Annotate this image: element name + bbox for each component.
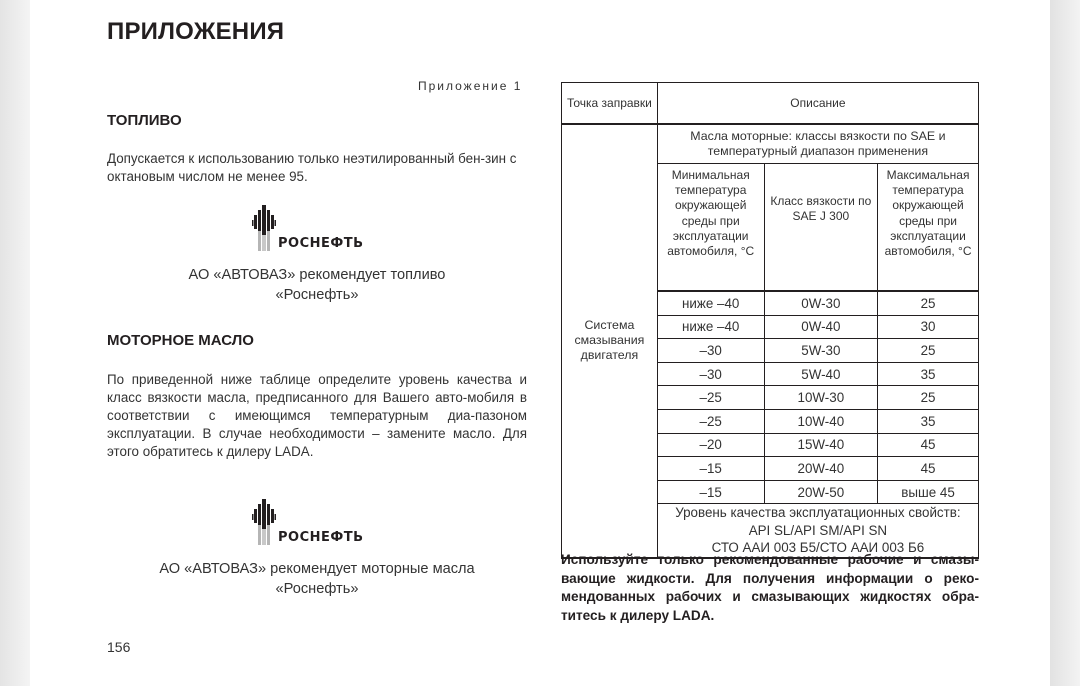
cell-min: –30 bbox=[657, 362, 764, 386]
cell-max: 25 bbox=[878, 291, 979, 315]
cell-max: 35 bbox=[878, 362, 979, 386]
rosneft-emblem-icon bbox=[252, 205, 276, 251]
cell-cls: 10W-40 bbox=[764, 409, 877, 433]
fuel-heading: ТОПЛИВО bbox=[107, 112, 182, 129]
table-header-row: Точка заправки Описание bbox=[562, 83, 979, 125]
cell-cls: 15W-40 bbox=[764, 433, 877, 457]
fuel-recommendation: АО «АВТОВАЗ» рекомендует топливо «Роснеф… bbox=[107, 265, 527, 305]
cell-max: 25 bbox=[878, 339, 979, 363]
system-cell: Система смазывания двигателя bbox=[562, 124, 658, 558]
fuel-text: Допускается к использованию только неэти… bbox=[107, 150, 527, 186]
cell-max: 45 bbox=[878, 457, 979, 481]
col-min-temp: Минимальная температура окружающей среды… bbox=[657, 164, 764, 292]
fluids-note: Используйте только рекомендованные рабоч… bbox=[561, 551, 979, 625]
oil-spec-table: Точка заправки Описание Система смазыван… bbox=[561, 82, 979, 559]
oil-recommendation: АО «АВТОВАЗ» рекомендует моторные масла … bbox=[107, 559, 527, 599]
fuel-recommendation-line2: «Роснефть» bbox=[107, 285, 527, 305]
page-number: 156 bbox=[107, 639, 130, 655]
appendix-label: Приложение 1 bbox=[418, 79, 522, 93]
oil-recommendation-line2: «Роснефть» bbox=[107, 579, 527, 599]
col-max-temp: Максимальная температура окружающей сред… bbox=[878, 164, 979, 292]
cell-cls: 0W-40 bbox=[764, 315, 877, 339]
header-point: Точка заправки bbox=[562, 83, 658, 125]
quality-quality-line1: Уровень качества эксплуатационных свойст… bbox=[660, 504, 976, 522]
cell-cls: 10W-30 bbox=[764, 386, 877, 410]
cell-max: 30 bbox=[878, 315, 979, 339]
fuel-recommendation-line1: АО «АВТОВАЗ» рекомендует топливо bbox=[107, 265, 527, 285]
cell-cls: 0W-30 bbox=[764, 291, 877, 315]
quality-quality-line2: API SL/API SM/API SN bbox=[660, 522, 976, 540]
oil-text: По приведенной ниже таблице определите у… bbox=[107, 371, 527, 461]
cell-min: ниже –40 bbox=[657, 291, 764, 315]
cell-min: ниже –40 bbox=[657, 315, 764, 339]
cell-cls: 20W-50 bbox=[764, 480, 877, 504]
oil-heading: МОТОРНОЕ МАСЛО bbox=[107, 332, 254, 349]
header-description: Описание bbox=[657, 83, 978, 125]
page-title: ПРИЛОЖЕНИЯ bbox=[107, 18, 284, 46]
cell-min: –20 bbox=[657, 433, 764, 457]
cell-max: 25 bbox=[878, 386, 979, 410]
cell-cls: 5W-30 bbox=[764, 339, 877, 363]
col-viscosity-class: Класс вязкости по SAE J 300 bbox=[764, 164, 877, 292]
cell-min: –25 bbox=[657, 409, 764, 433]
cell-max: выше 45 bbox=[878, 480, 979, 504]
subheader: Масла моторные: классы вязкости по SAE и… bbox=[657, 124, 978, 164]
cell-max: 45 bbox=[878, 433, 979, 457]
cell-cls: 20W-40 bbox=[764, 457, 877, 481]
cell-min: –25 bbox=[657, 386, 764, 410]
table-subheader-row: Система смазывания двигателя Масла мотор… bbox=[562, 124, 979, 164]
rosneft-logo: РОСНЕФТЬ bbox=[252, 499, 382, 547]
rosneft-logo: РОСНЕФТЬ bbox=[252, 205, 382, 253]
cell-min: –30 bbox=[657, 339, 764, 363]
cell-min: –15 bbox=[657, 480, 764, 504]
cell-cls: 5W-40 bbox=[764, 362, 877, 386]
rosneft-wordmark: РОСНЕФТЬ bbox=[278, 236, 364, 251]
quality-cell: Уровень качества эксплуатационных свойст… bbox=[657, 504, 978, 558]
rosneft-wordmark: РОСНЕФТЬ bbox=[278, 530, 364, 545]
oil-recommendation-line1: АО «АВТОВАЗ» рекомендует моторные масла bbox=[107, 559, 527, 579]
rosneft-emblem-icon bbox=[252, 499, 276, 545]
cell-min: –15 bbox=[657, 457, 764, 481]
cell-max: 35 bbox=[878, 409, 979, 433]
